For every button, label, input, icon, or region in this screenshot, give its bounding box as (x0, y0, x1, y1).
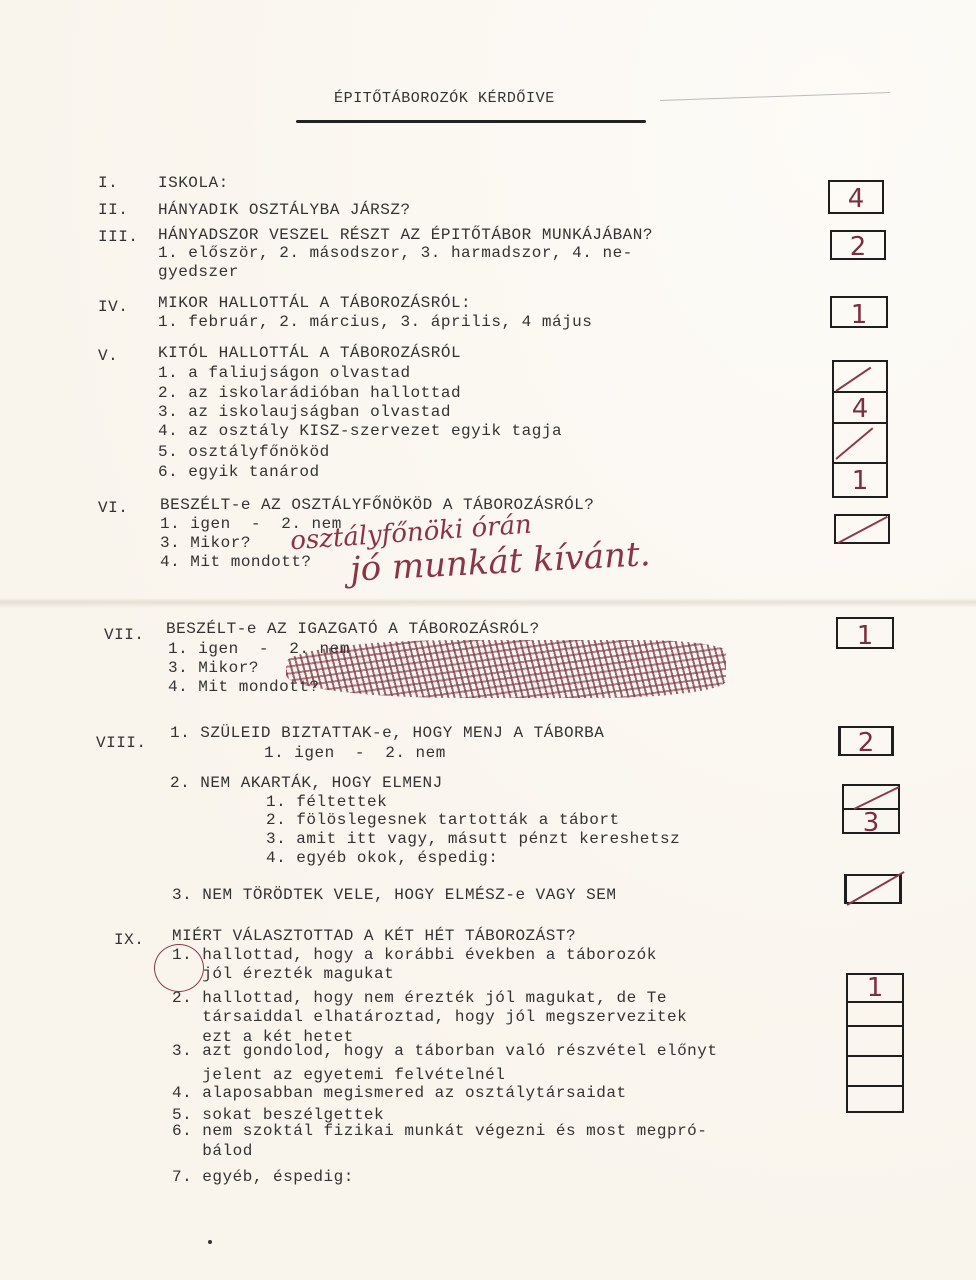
q5-text: KITÓL HALLOTTÁL A TÁBOROZÁSRÓL (158, 344, 461, 362)
q1-number: I. (98, 174, 118, 192)
q1-answer-box[interactable]: 4 (828, 180, 884, 214)
q8-number: VIII. (96, 734, 147, 752)
q5-slash-mark (835, 367, 871, 392)
q5-answer: 1 (834, 468, 886, 494)
q8-sub2-answer-grid[interactable]: 3 (842, 784, 900, 834)
q8-sub1-answer-box[interactable]: 2 (838, 726, 894, 756)
title-underline (296, 120, 646, 123)
q9-option-line: 2. hallottad, hogy nem érezték jól maguk… (172, 989, 667, 1007)
q3-answer-box[interactable]: 1 (830, 296, 888, 328)
q4-options: 1. február, 2. március, 3. április, 4 má… (158, 313, 592, 331)
q8-sub3-slash-mark (847, 871, 905, 906)
q9-option-line: 1. hallottad, hogy a korábbi években a t… (172, 946, 657, 964)
document-title: ÉPITŐTÁBOROZÓK KÉRDŐIVE (334, 90, 555, 108)
q3-options-cont: gyedszer (158, 263, 239, 281)
q9-circled-option (154, 944, 204, 992)
q5-option: 3. az iskolaujságban olvastad (158, 403, 451, 421)
q8-sub1: 1. SZÜLEID BIZTATTAK-e, HOGY MENJ A TÁBO… (170, 724, 604, 742)
q9-option-line: 4. alaposabban megismered az osztálytárs… (172, 1084, 627, 1102)
q5-number: V. (98, 347, 118, 365)
q7-text: BESZÉLT-e AZ IGAZGATÓ A TÁBOROZÁSRÓL? (166, 620, 540, 638)
q8-sub1-answer: 2 (841, 730, 891, 756)
q9-answer-grid[interactable]: 1 (846, 973, 904, 1113)
q9-text: MIÉRT VÁLASZTOTTAD A KÉT HÉT TÁBOROZÁST? (172, 927, 576, 945)
q5-slash-mark (835, 427, 873, 459)
q3-answer: 1 (832, 302, 886, 328)
q7-answer: 1 (838, 623, 892, 649)
q8-sub2: 2. NEM AKARTÁK, HOGY ELMENJ (170, 774, 443, 792)
q2-answer-box[interactable]: 2 (830, 230, 886, 260)
q1-text: ISKOLA: (158, 174, 229, 192)
q7-number: VII. (104, 626, 144, 644)
q8-sub3: 3. NEM TÖRÖDTEK VELE, HOGY ELMÉSZ-e VAGY… (172, 886, 616, 904)
q9-option-line: 7. egyéb, éspedig: (172, 1168, 354, 1186)
q5-answer: 4 (834, 396, 886, 422)
q8-sub3-answer-box[interactable] (844, 874, 902, 904)
ink-dot (208, 1240, 212, 1244)
q9-answer: 1 (848, 975, 902, 1001)
q8-slash-mark (854, 786, 900, 810)
q4-text: MIKOR HALLOTTÁL A TÁBOROZÁSRÓL: (158, 294, 471, 312)
q8-sub1-options: 1. igen - 2. nem (264, 744, 446, 762)
q1-answer: 4 (830, 186, 882, 212)
q3-text: HÁNYADSZOR VESZEL RÉSZT AZ ÉPITŐTÁBOR MU… (158, 226, 653, 244)
q6-option-what: 4. Mit mondott? (160, 553, 312, 571)
q4-number: IV. (98, 298, 128, 316)
q6-number: VI. (98, 499, 128, 517)
q6-option-when: 3. Mikor? (160, 534, 251, 552)
q2-text: HÁNYADIK OSZTÁLYBA JÁRSZ? (158, 201, 411, 219)
q8-sub2-answer: 3 (844, 810, 898, 836)
q5-option: 6. egyik tanárod (158, 463, 320, 481)
q2-answer: 2 (832, 234, 884, 260)
q5-option: 5. osztályfőnököd (158, 443, 330, 461)
q9-option-line: bálod (172, 1142, 253, 1160)
q7-option-when: 3. Mikor? (168, 659, 259, 677)
q9-option-line: jól érezték magukat (172, 965, 394, 983)
q8-sub2-option: 1. féltettek (266, 793, 387, 811)
q8-sub2-option: 2. fölöslegesnek tartották a tábort (266, 811, 620, 829)
q5-option: 1. a faliujságon olvastad (158, 364, 411, 382)
q5-option: 4. az osztály KISZ-szervezet egyik tagja (158, 422, 562, 440)
q7-answer-box[interactable]: 1 (836, 617, 894, 649)
q9-option-line: társaiddal elhatároztad, hogy jól megsze… (172, 1008, 687, 1026)
q8-sub2-option: 4. egyéb okok, éspedig: (266, 849, 498, 867)
q3-number: III. (98, 228, 138, 246)
q5-answer-grid[interactable]: 4 1 (832, 360, 888, 498)
q6-slash-mark (838, 516, 888, 544)
q5-option: 2. az iskolarádióban hallottad (158, 384, 461, 402)
q3-options: 1. először, 2. másodszor, 3. harmadszor,… (158, 244, 633, 262)
q7-scribbled-answer (286, 640, 726, 698)
q6-answer-box[interactable] (834, 514, 890, 544)
q9-option-line: jelent az egyetemi felvételnél (172, 1066, 505, 1084)
q9-option-line: 6. nem szoktál fizikai munkát végezni és… (172, 1122, 707, 1140)
q9-number: IX. (114, 931, 144, 949)
q8-sub2-option: 3. amit itt vagy, másutt pénzt kereshets… (266, 830, 680, 848)
q2-number: II. (98, 201, 128, 219)
q9-option-line: 3. azt gondolod, hogy a táborban való ré… (172, 1042, 717, 1060)
